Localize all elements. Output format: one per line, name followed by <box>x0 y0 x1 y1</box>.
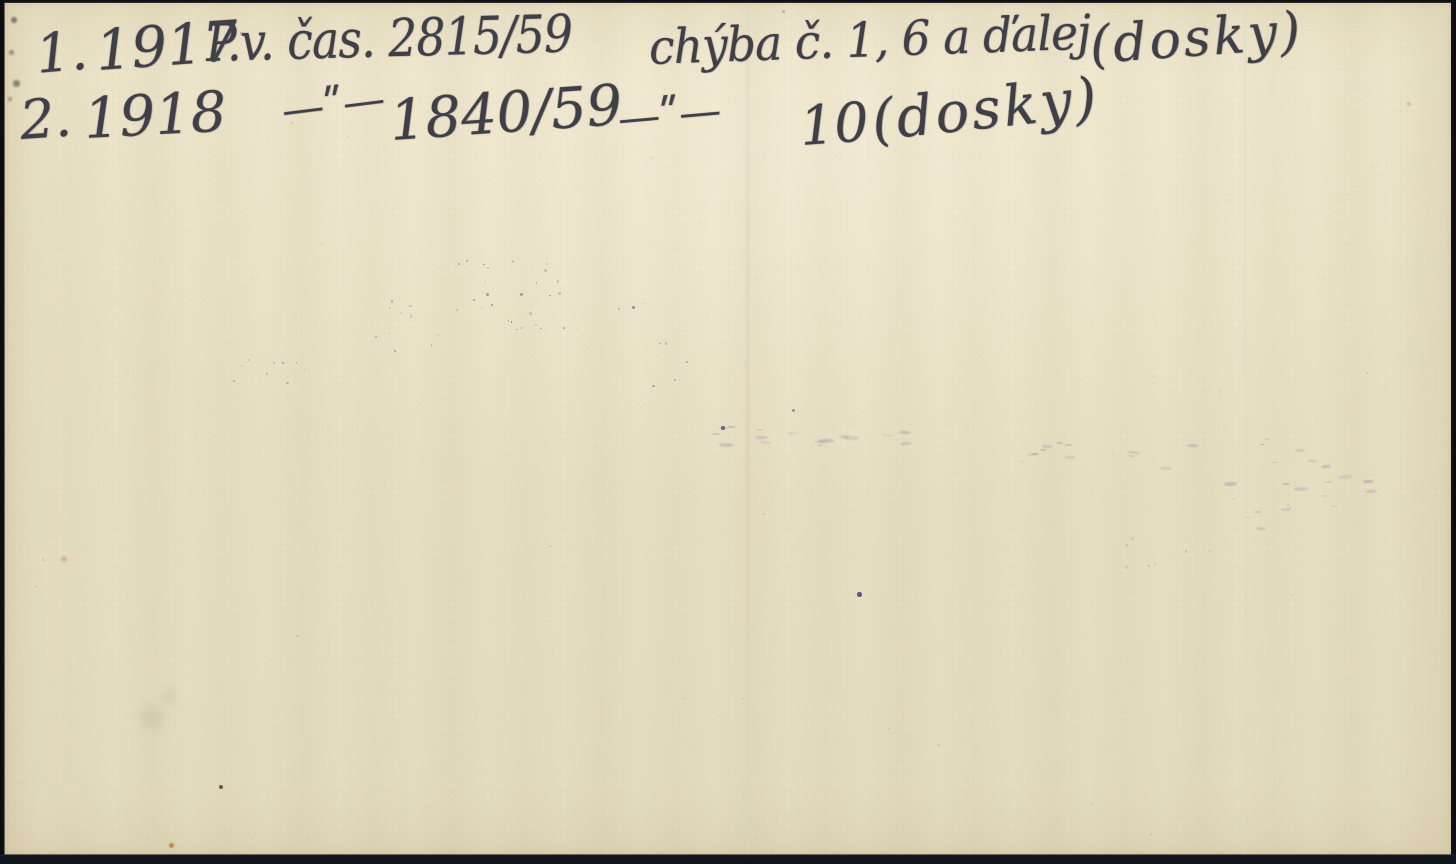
ink-speck <box>549 620 550 621</box>
ink-speck <box>458 263 460 265</box>
ink-speck <box>1281 508 1291 511</box>
ink-speck <box>1056 442 1063 444</box>
ink-speck <box>520 293 523 296</box>
ink-speck <box>530 305 531 306</box>
ink-speck <box>818 438 834 443</box>
ink-speck <box>431 344 432 345</box>
ink-speck <box>1065 444 1072 446</box>
ink-speck <box>563 327 565 329</box>
ink-speck <box>400 312 402 314</box>
ink-speck <box>756 428 763 430</box>
ink-speck <box>1027 453 1037 456</box>
ink-speck <box>241 365 243 367</box>
ink-speck <box>540 328 541 329</box>
ink-speck <box>1349 199 1350 200</box>
ink-speck <box>1224 482 1238 486</box>
ink-speck <box>491 304 493 306</box>
ink-speck <box>835 155 836 157</box>
ink-speck <box>772 849 773 851</box>
ink-speck <box>683 697 684 698</box>
ink-speck <box>1065 455 1075 458</box>
ink-speck <box>1040 449 1046 451</box>
ink-speck <box>273 362 275 364</box>
ink-speck <box>788 432 798 435</box>
ink-speck <box>304 369 305 370</box>
ink-speck <box>347 135 349 138</box>
ink-speck <box>1032 453 1039 455</box>
ink-speck <box>1091 803 1093 805</box>
ink-speck <box>1254 511 1262 513</box>
ink-speck <box>1209 550 1210 551</box>
ink-speck <box>826 426 828 428</box>
ink-speck <box>652 385 654 387</box>
ink-speck <box>843 436 859 440</box>
ink-speck <box>1330 504 1338 506</box>
ink-speck <box>618 308 620 310</box>
ink-speck <box>1271 462 1276 464</box>
ink-speck <box>652 157 654 159</box>
handwriting-layer: 1. 1917 P.v. čas. 2815/59 chýba č. 1, 6 … <box>4 2 1451 855</box>
ink-speck <box>1154 563 1156 565</box>
scan-edge-bottom <box>0 854 1456 864</box>
ink-speck <box>535 324 537 326</box>
entry-2-reference: 1840/59 <box>388 78 624 150</box>
ink-speck <box>1365 490 1377 493</box>
entry-1-year: 1917 <box>94 14 240 80</box>
ink-speck <box>162 688 178 704</box>
ink-speck <box>62 423 64 425</box>
paper-grain <box>4 2 1451 855</box>
entry-1-material: (dosky) <box>1088 5 1305 72</box>
ink-speck <box>1233 498 1235 500</box>
ink-speck <box>759 441 772 445</box>
vertical-crease <box>1244 2 1246 855</box>
ink-speck <box>233 380 235 382</box>
ink-speck <box>719 427 728 430</box>
ink-speck <box>682 330 684 332</box>
ink-speck <box>1042 445 1052 448</box>
ink-speck <box>628 44 629 45</box>
ink-speck <box>1131 537 1134 540</box>
ink-speck <box>9 50 14 55</box>
ink-speck <box>686 361 688 363</box>
ink-speck <box>1081 544 1082 546</box>
ink-speck <box>544 269 547 272</box>
ink-speck <box>839 435 850 438</box>
ink-speck <box>511 321 512 322</box>
ink-speck <box>1185 550 1187 552</box>
ink-speck <box>42 559 44 562</box>
ink-speck <box>529 312 532 315</box>
ink-speck <box>483 264 484 265</box>
ink-speck <box>1319 61 1321 63</box>
ink-speck <box>1148 565 1150 567</box>
ink-speck <box>1264 438 1270 440</box>
ink-speck <box>391 300 393 302</box>
ink-speck <box>516 329 518 331</box>
ink-speck <box>1291 594 1293 596</box>
ink-speck <box>1363 480 1373 483</box>
ink-speck <box>1218 391 1220 393</box>
ink-speck <box>512 261 513 262</box>
ink-speck <box>296 362 298 364</box>
ink-speck <box>333 807 334 809</box>
ink-speck <box>549 545 552 547</box>
ink-speck <box>1308 459 1317 462</box>
ink-speck <box>169 843 174 848</box>
ink-speck <box>659 343 661 345</box>
ink-speck <box>149 777 150 778</box>
ink-speck <box>1244 813 1246 814</box>
scan-edge-left <box>0 0 5 864</box>
ink-speck <box>1221 194 1224 196</box>
ink-speck <box>35 586 37 587</box>
ink-speck <box>665 342 667 344</box>
ink-speck <box>61 556 67 562</box>
ink-speck <box>792 409 795 412</box>
scanned-card: 1. 1917 P.v. čas. 2815/59 chýba č. 1, 6 … <box>0 0 1456 864</box>
entry-2-note-ditto: —ʺ— <box>616 89 723 140</box>
ink-speck <box>286 382 289 385</box>
ink-speck <box>727 426 735 429</box>
scan-edge-right <box>1451 0 1456 864</box>
ink-speck <box>174 722 176 723</box>
ink-speck <box>248 359 250 361</box>
ink-speck <box>742 703 743 704</box>
ink-speck <box>1305 755 1306 756</box>
ink-speck <box>719 443 734 448</box>
ink-speck <box>762 513 765 515</box>
ink-speck <box>888 728 890 731</box>
entry-1-index: 1. <box>34 24 90 82</box>
ink-speck <box>1111 453 1113 455</box>
ink-speck <box>521 327 522 328</box>
card-paper: 1. 1917 P.v. čas. 2815/59 chýba č. 1, 6 … <box>4 2 1451 855</box>
ink-speck <box>282 362 283 363</box>
ink-speck <box>1282 483 1290 486</box>
ink-speck <box>814 440 827 444</box>
ink-speck <box>1021 461 1023 463</box>
ink-speck <box>536 282 537 283</box>
ink-speck <box>937 744 939 745</box>
ink-speck <box>1150 833 1152 835</box>
ink-speck <box>8 97 12 101</box>
ink-speck <box>640 407 641 408</box>
ink-speck <box>1321 494 1329 496</box>
ink-speck <box>1153 375 1155 377</box>
ink-speck <box>899 430 911 434</box>
ink-speck <box>415 44 417 46</box>
ink-speck <box>487 267 489 269</box>
entry-2-index: 2. <box>18 90 73 147</box>
ink-speck <box>375 336 377 338</box>
ink-speck <box>1321 465 1331 468</box>
ink-speck <box>1092 494 1093 496</box>
ink-speck <box>219 785 223 789</box>
ink-speck <box>1325 481 1334 484</box>
ink-speck <box>1128 455 1135 457</box>
ink-speck <box>557 280 559 282</box>
ink-speck <box>410 321 412 323</box>
ink-speck <box>674 379 676 381</box>
ink-speck <box>1031 331 1033 332</box>
ink-speck <box>1407 102 1411 106</box>
ink-speck <box>721 426 725 430</box>
ink-speck <box>900 441 912 445</box>
entry-2-note: 10 <box>798 95 870 154</box>
vertical-crease <box>746 2 749 855</box>
ink-speck <box>817 443 823 445</box>
ink-speck <box>1294 486 1308 491</box>
ink-speck <box>1245 516 1250 517</box>
ink-speck <box>410 315 412 317</box>
ink-speck <box>1393 655 1394 656</box>
ink-speck <box>394 350 396 352</box>
ink-speck <box>782 10 785 13</box>
ink-speck <box>1366 372 1368 374</box>
ink-speck <box>266 373 268 375</box>
ink-speck <box>546 263 548 265</box>
ink-speck <box>508 320 510 322</box>
entry-2-material: (dosky) <box>869 70 1102 150</box>
ink-speck <box>321 244 323 246</box>
ink-speck <box>669 304 670 305</box>
ink-speck <box>1287 504 1289 506</box>
ink-speck <box>255 833 256 835</box>
ink-speck <box>1260 444 1265 445</box>
ink-speck <box>1126 566 1128 568</box>
ink-speck <box>438 334 439 335</box>
ink-speck <box>632 306 635 309</box>
ink-speck <box>856 566 858 568</box>
ink-speck <box>755 435 768 438</box>
ink-speck <box>1126 544 1128 546</box>
ink-speck <box>409 305 411 307</box>
ink-speck <box>1228 199 1230 201</box>
entry-2-reference-ditto: —ʺ— <box>279 78 387 132</box>
ink-speck <box>1187 443 1198 446</box>
ink-speck <box>466 260 468 262</box>
ink-speck <box>1038 511 1041 513</box>
ink-speck <box>1177 817 1179 818</box>
ink-speck <box>711 433 720 435</box>
ink-speck <box>857 592 862 597</box>
scan-edge-top <box>0 0 1456 3</box>
ink-speck <box>1256 527 1266 530</box>
entry-2-year: 1918 <box>83 85 228 148</box>
ink-speck <box>13 80 20 87</box>
ink-speck <box>11 17 17 23</box>
ink-speck <box>486 293 489 296</box>
ink-speck <box>1160 467 1172 471</box>
ink-speck <box>1295 449 1305 452</box>
ink-speck <box>1128 451 1140 455</box>
entry-1-note: chýba č. 1, 6 a ďalej <box>648 9 1091 72</box>
ink-speck <box>1289 507 1292 508</box>
ink-stains-layer <box>4 2 1451 855</box>
ink-speck <box>291 122 293 124</box>
ink-speck <box>485 281 486 282</box>
ink-speck <box>920 85 922 87</box>
ink-speck <box>473 299 475 301</box>
ink-speck <box>425 806 427 808</box>
ink-speck <box>796 541 798 543</box>
entry-1-reference: P.v. čas. 2815/59 <box>205 8 572 70</box>
ink-speck <box>456 309 458 311</box>
ink-speck <box>549 295 550 296</box>
ink-speck <box>882 433 894 437</box>
ink-speck <box>753 624 755 626</box>
ink-speck <box>579 52 581 54</box>
ink-speck <box>1348 244 1350 246</box>
ink-speck <box>389 332 391 334</box>
ink-speck <box>389 307 391 309</box>
ink-speck <box>296 635 298 636</box>
ink-speck <box>481 308 482 309</box>
ink-speck <box>240 32 243 35</box>
ink-speck <box>558 292 561 295</box>
ink-speck <box>139 705 165 731</box>
ink-speck <box>641 303 643 304</box>
ink-speck <box>1338 474 1352 479</box>
